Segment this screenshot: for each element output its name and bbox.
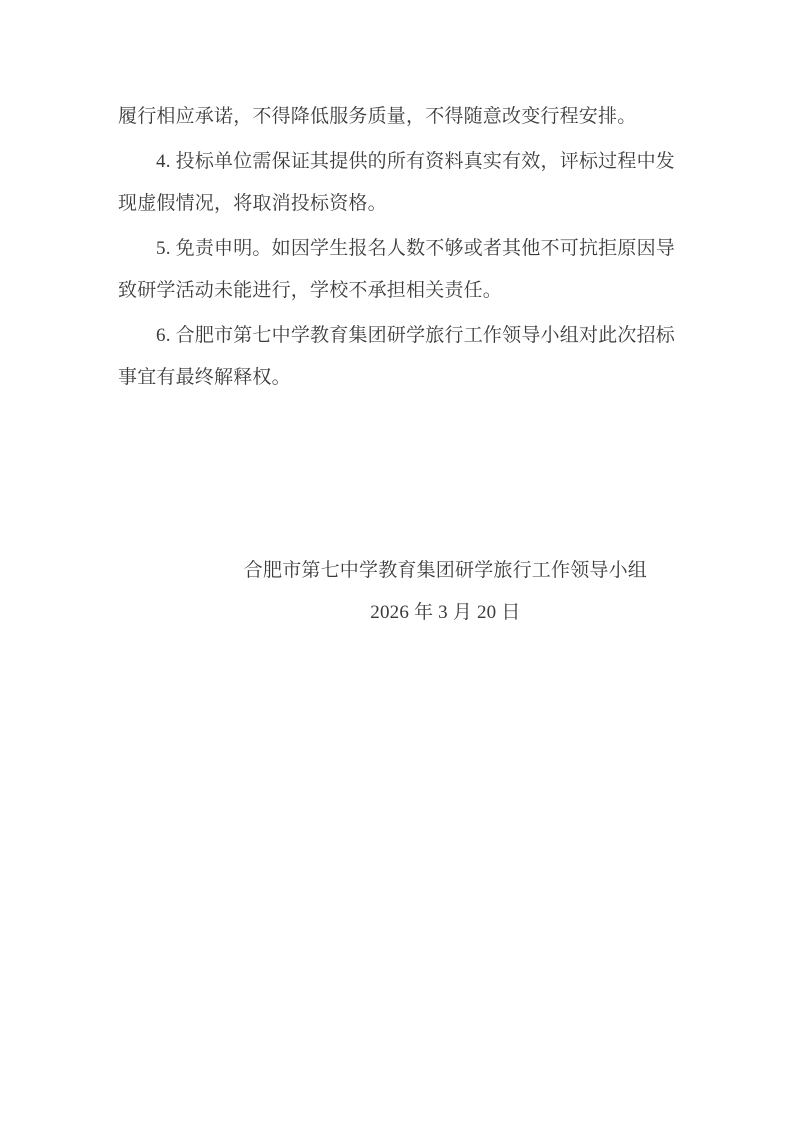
signature-block: 合肥市第七中学教育集团研学旅行工作领导小组 2026 年 3 月 20 日 xyxy=(244,550,647,634)
signature-date: 2026 年 3 月 20 日 xyxy=(244,592,647,634)
body-paragraph-item-6: 6. 合肥市第七中学教育集团研学旅行工作领导小组对此次招标事宜有最终解释权。 xyxy=(118,315,675,399)
document-body: 履行相应承诺，不得降低服务质量，不得随意改变行程安排。 4. 投标单位需保证其提… xyxy=(118,96,675,399)
body-paragraph-item-5: 5. 免责申明。如因学生报名人数不够或者其他不可抗拒原因导致研学活动未能进行，学… xyxy=(118,228,675,312)
body-paragraph-item-4: 4. 投标单位需保证其提供的所有资料真实有效，评标过程中发现虚假情况，将取消投标… xyxy=(118,141,675,225)
body-paragraph-continuation: 履行相应承诺，不得降低服务质量，不得随意改变行程安排。 xyxy=(118,96,675,138)
document-page: 履行相应承诺，不得降低服务质量，不得随意改变行程安排。 4. 投标单位需保证其提… xyxy=(0,0,794,1123)
signature-organization: 合肥市第七中学教育集团研学旅行工作领导小组 xyxy=(244,550,647,592)
